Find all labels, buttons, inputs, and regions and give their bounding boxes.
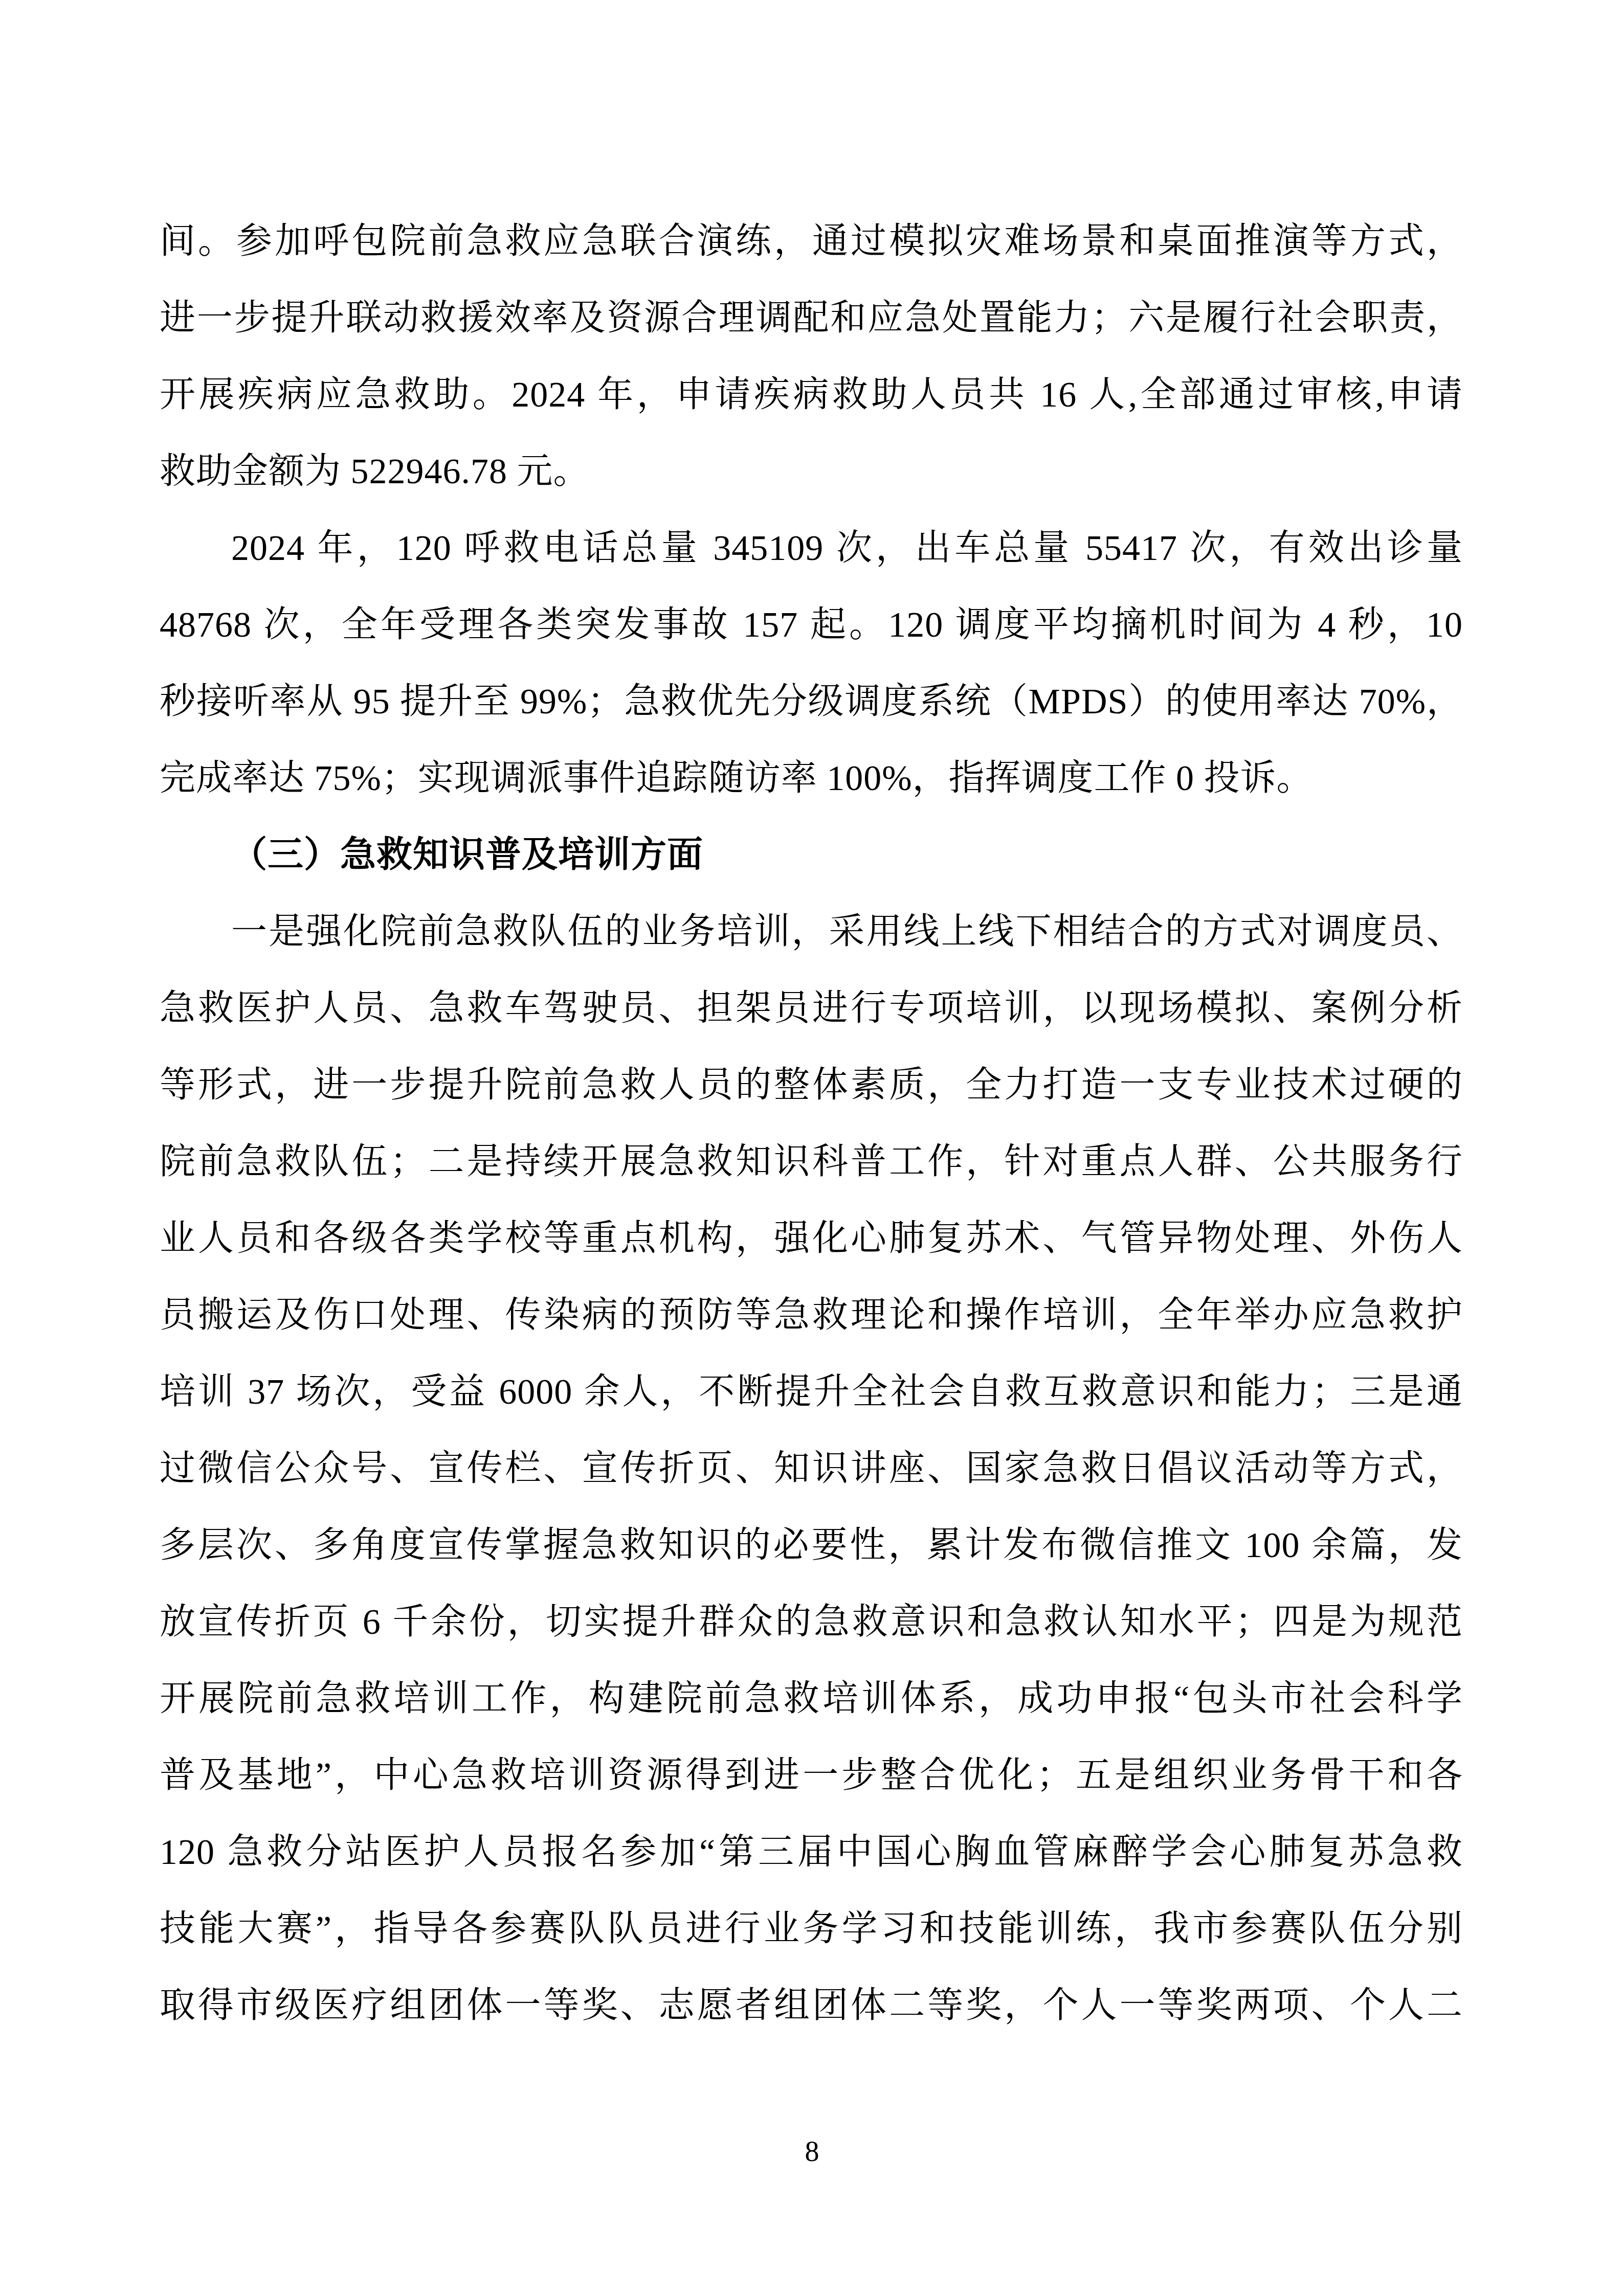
- text-line: 秒接听率从 95 提升至 99%；急救优先分级调度系统（MPDS）的使用率达 7…: [160, 664, 1463, 740]
- page-number: 8: [0, 2131, 1624, 2172]
- page-background: 间。参加呼包院前急救应急联合演练，通过模拟灾难场景和桌面推演等方式，进一步提升联…: [0, 0, 1624, 2296]
- text-line: 急救医护人员、急救车驾驶员、担架员进行专项培训，以现场模拟、案例分析: [160, 971, 1463, 1047]
- text-line: 放宣传折页 6 千余份，切实提升群众的急救意识和急救认知水平；四是为规范: [160, 1584, 1463, 1661]
- document-page-8: { "page": { "number": "8", "background":…: [0, 0, 1624, 2296]
- text-line: 120 急救分站医护人员报名参加“第三届中国心胸血管麻醉学会心肺复苏急救: [160, 1814, 1463, 1891]
- text-line: 开展院前急救培训工作，构建院前急救培训体系，成功申报“包头市社会科学: [160, 1661, 1463, 1738]
- text-line: 等形式，进一步提升院前急救人员的整体素质，全力打造一支专业技术过硬的: [160, 1047, 1463, 1124]
- text-line: 院前急救队伍；二是持续开展急救知识科普工作，针对重点人群、公共服务行: [160, 1124, 1463, 1201]
- text-line: 业人员和各级各类学校等重点机构，强化心肺复苏术、气管异物处理、外伤人: [160, 1201, 1463, 1277]
- text-line: 进一步提升联动救援效率及资源合理调配和应急处置能力；六是履行社会职责，: [160, 280, 1463, 357]
- section-heading: （三）急救知识普及培训方面: [160, 817, 1463, 894]
- text-line: 间。参加呼包院前急救应急联合演练，通过模拟灾难场景和桌面推演等方式，: [160, 204, 1463, 280]
- text-line: 取得市级医疗组团体一等奖、志愿者组团体二等奖，个人一等奖两项、个人二: [160, 1968, 1463, 2044]
- text-line: 48768 次，全年受理各类突发事故 157 起。120 调度平均摘机时间为 4…: [160, 587, 1463, 664]
- text-line: 2024 年，120 呼救电话总量 345109 次，出车总量 55417 次，…: [160, 510, 1463, 587]
- text-line: 救助金额为 522946.78 元。: [160, 434, 1463, 510]
- text-line: 普及基地”，中心急救培训资源得到进一步整合优化；五是组织业务骨干和各: [160, 1738, 1463, 1814]
- text-line: 培训 37 场次，受益 6000 余人，不断提升全社会自救互救意识和能力；三是通: [160, 1354, 1463, 1431]
- text-line: 技能大赛”，指导各参赛队队员进行业务学习和技能训练，我市参赛队伍分别: [160, 1891, 1463, 1968]
- text-line: 员搬运及伤口处理、传染病的预防等急救理论和操作培训，全年举办应急救护: [160, 1277, 1463, 1354]
- text-line: 开展疾病应急救助。2024 年，申请疾病救助人员共 16 人,全部通过审核,申请: [160, 357, 1463, 434]
- text-line: 完成率达 75%；实现调派事件追踪随访率 100%，指挥调度工作 0 投诉。: [160, 740, 1463, 817]
- text-line: 过微信公众号、宣传栏、宣传折页、知识讲座、国家急救日倡议活动等方式，: [160, 1431, 1463, 1507]
- text-line: 多层次、多角度宣传掌握急救知识的必要性，累计发布微信推文 100 余篇，发: [160, 1507, 1463, 1584]
- document-body: 间。参加呼包院前急救应急联合演练，通过模拟灾难场景和桌面推演等方式，进一步提升联…: [160, 204, 1463, 2044]
- text-line: 一是强化院前急救队伍的业务培训，采用线上线下相结合的方式对调度员、: [160, 894, 1463, 971]
